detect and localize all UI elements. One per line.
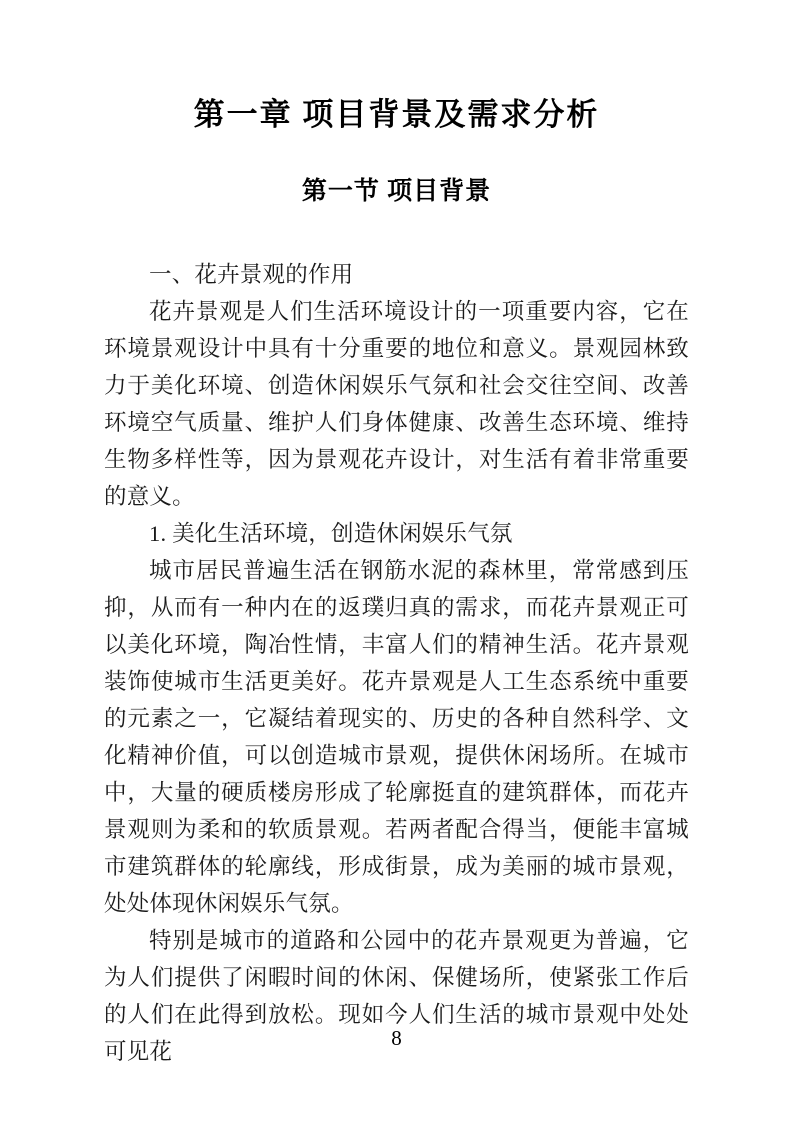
document-page: 第一章 项目背景及需求分析 第一节 项目背景 一、花卉景观的作用 花卉景观是人们… [0, 0, 793, 1122]
body-text: 一、花卉景观的作用 花卉景观是人们生活环境设计的一项重要内容，它在环境景观设计中… [104, 256, 689, 1070]
page-number: 8 [0, 1024, 793, 1052]
paragraph-subheading: 1. 美化生活环境，创造休闲娱乐气氛 [104, 515, 689, 552]
paragraph: 花卉景观是人们生活环境设计的一项重要内容，它在环境景观设计中具有十分重要的地位和… [104, 293, 689, 515]
chapter-title: 第一章 项目背景及需求分析 [0, 0, 793, 138]
paragraph: 城市居民普遍生活在钢筋水泥的森林里，常常感到压抑，从而有一种内在的返璞归真的需求… [104, 552, 689, 922]
section-title: 第一节 项目背景 [0, 174, 793, 210]
paragraph-heading: 一、花卉景观的作用 [104, 256, 689, 293]
